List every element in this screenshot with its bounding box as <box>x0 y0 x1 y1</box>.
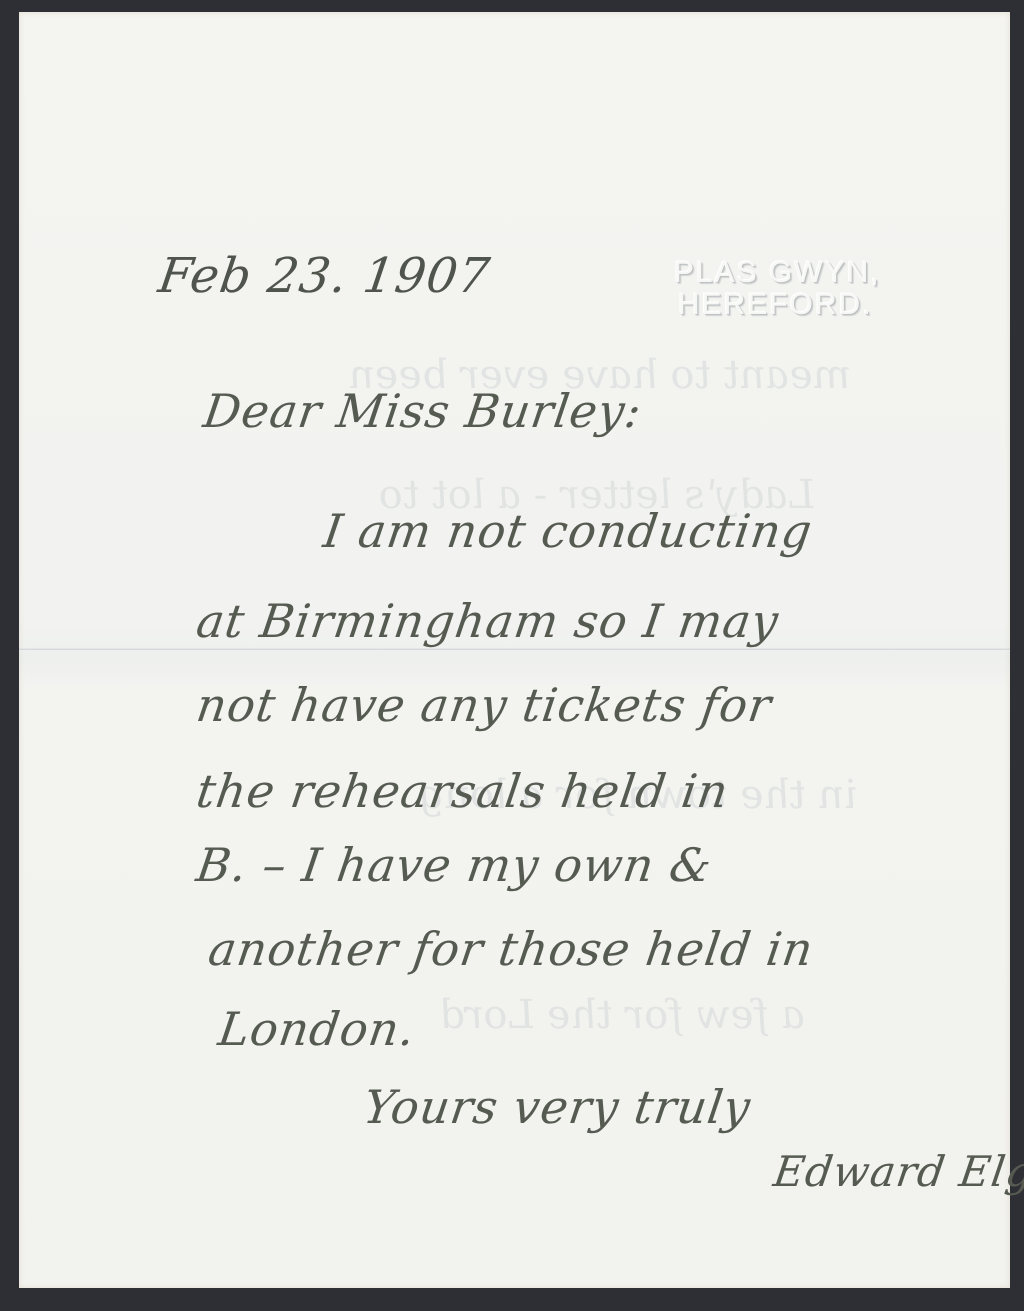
letter-date: Feb 23. 1907 <box>155 248 494 304</box>
body-line: another for those held in <box>205 922 817 976</box>
salutation: Dear Miss Burley: <box>200 384 645 438</box>
body-line: at Birmingham so I may <box>193 594 782 648</box>
letter-paper: meant to have ever been Lady's letter - … <box>19 12 1010 1288</box>
closing: Yours very truly <box>360 1080 754 1134</box>
signature: Edward Elgar <box>771 1147 1024 1196</box>
body-line: not have any tickets for <box>193 678 775 732</box>
paper-fold <box>19 648 1010 651</box>
letterhead-town: HEREFORD. <box>678 290 881 320</box>
show-through-text: a few for the Lord <box>436 992 809 1038</box>
body-line: I am not conducting <box>320 504 816 558</box>
embossed-letterhead: PLAS GWYN, HEREFORD. <box>674 258 881 320</box>
body-line: the rehearsals held in <box>193 764 732 818</box>
letterhead-house: PLAS GWYN, <box>674 258 881 288</box>
body-line: London. <box>215 1002 419 1056</box>
body-line: B. – I have my own & <box>193 838 715 892</box>
